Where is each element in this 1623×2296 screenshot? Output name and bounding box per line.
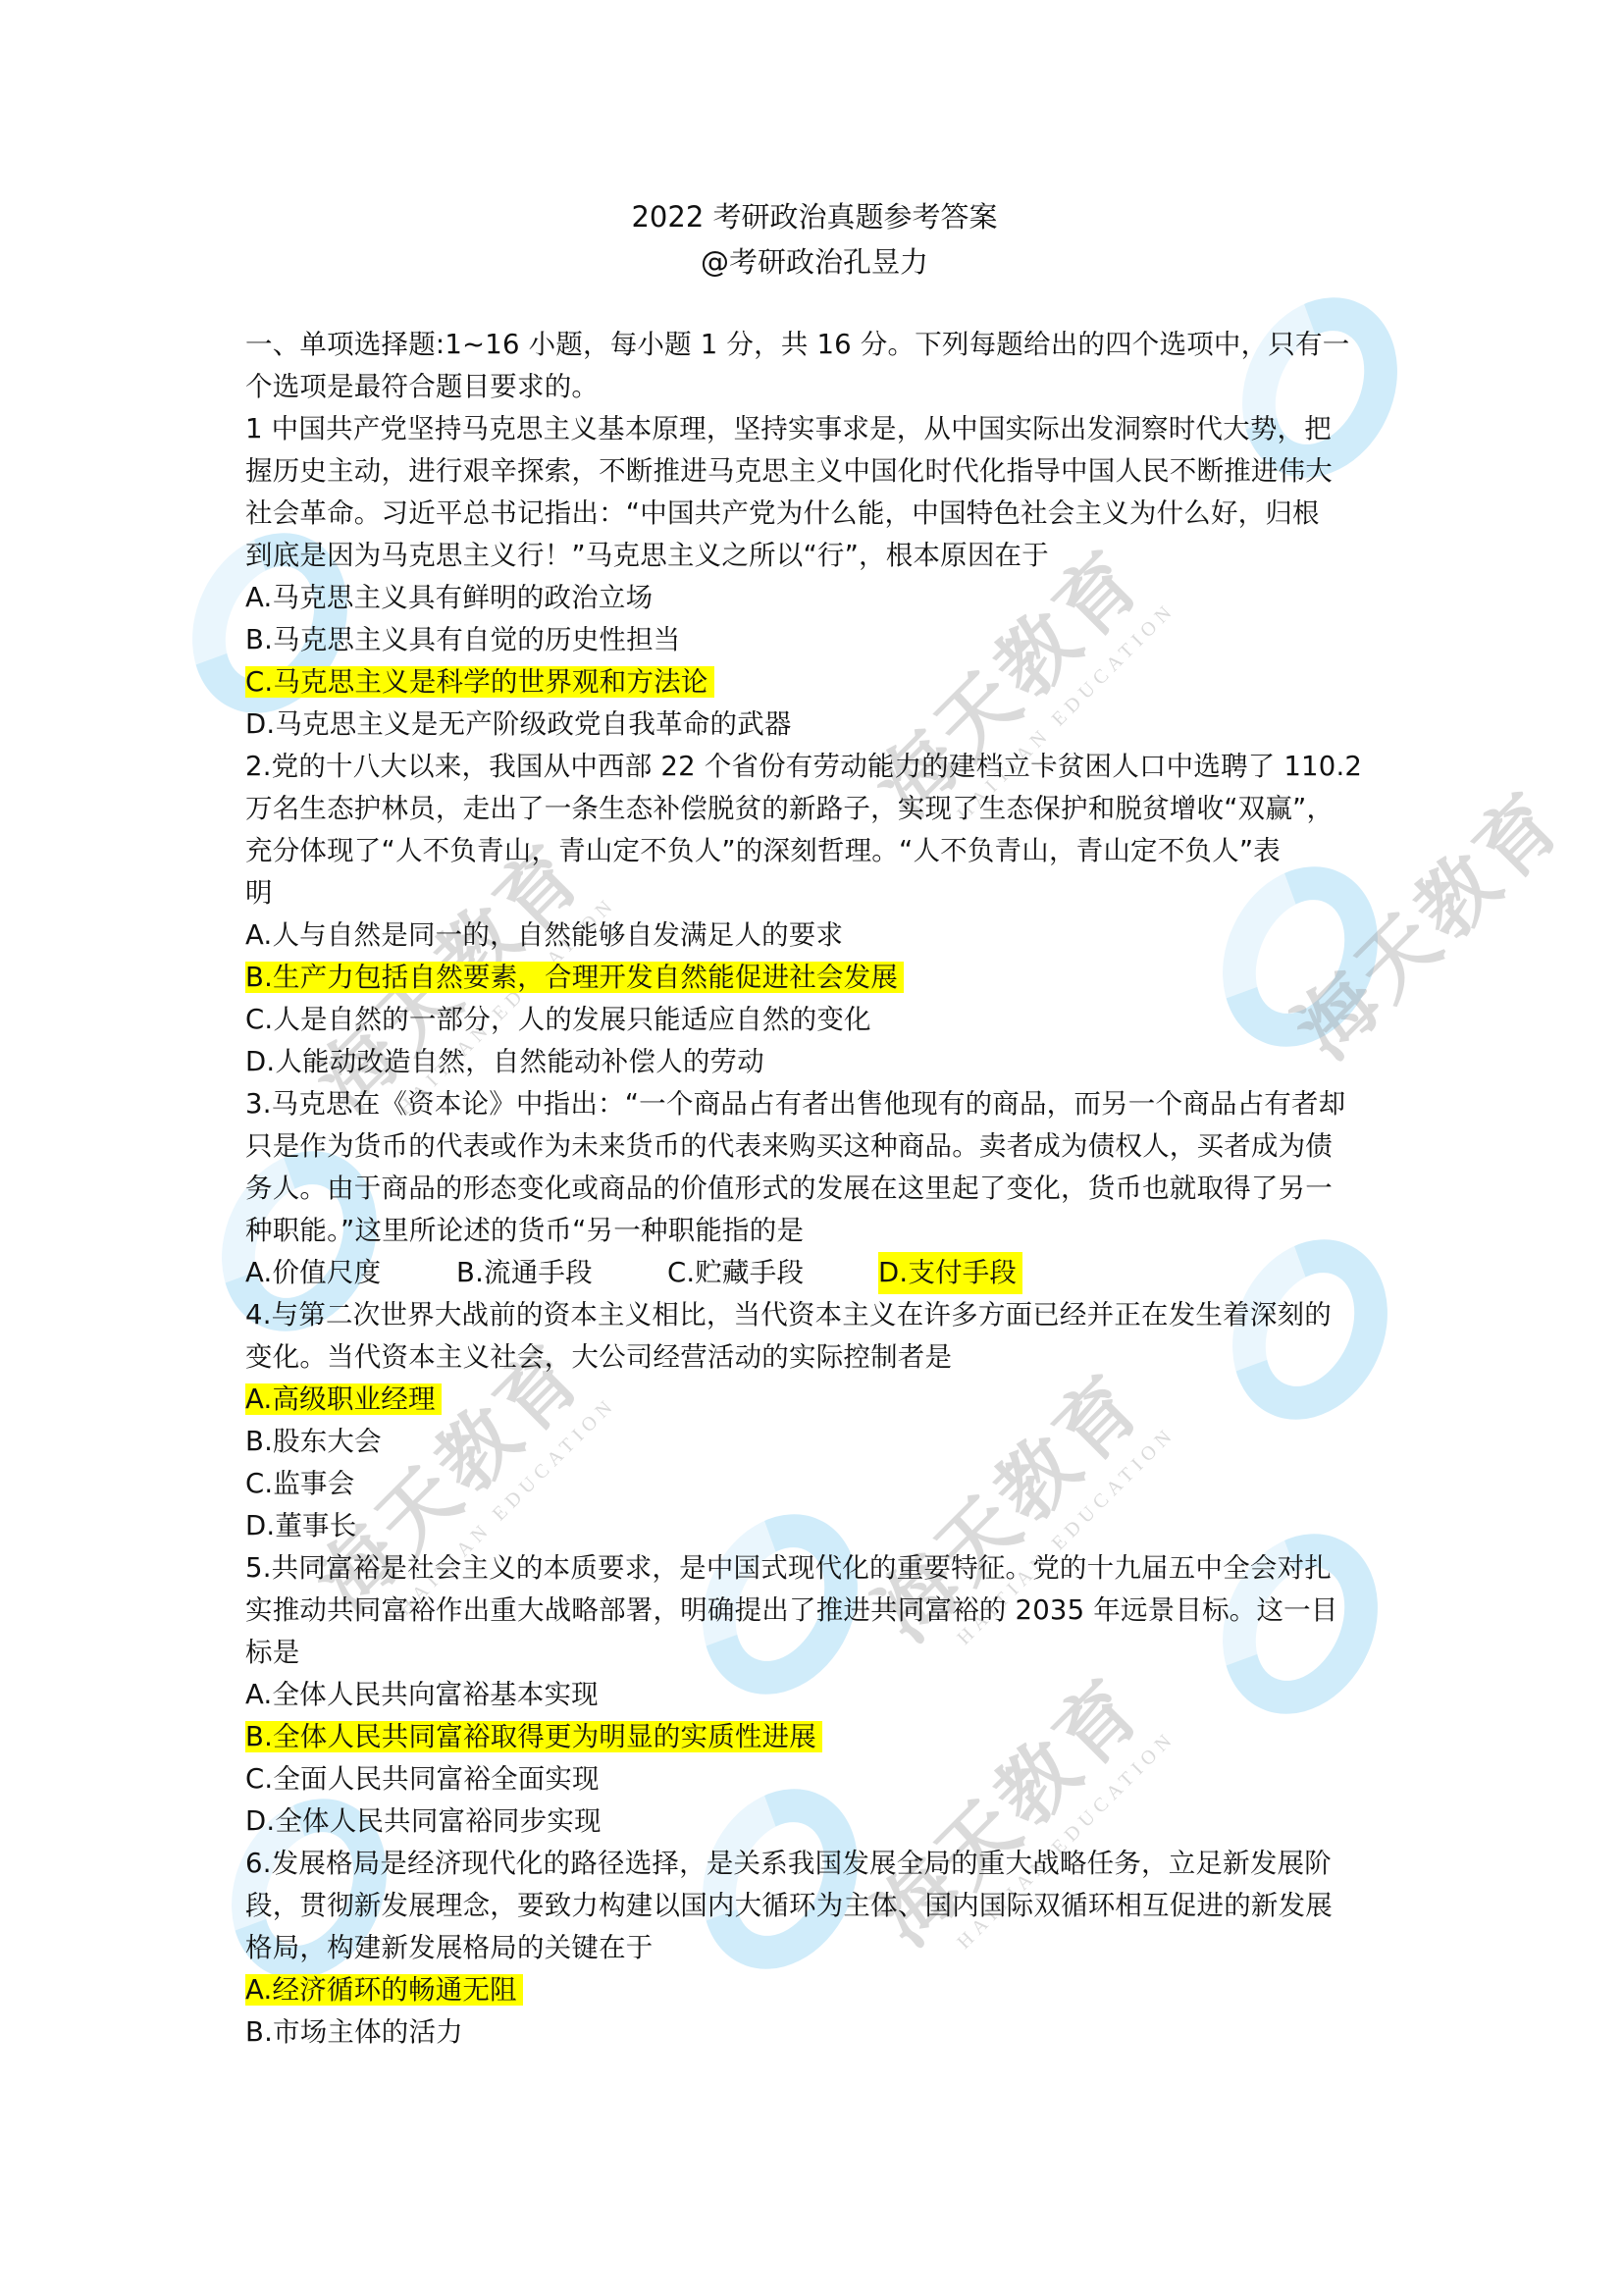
option-d: D.全体人民共同富裕同步实现 bbox=[245, 1800, 1384, 1843]
question-stem-line: 3.马克思在《资本论》中指出：“一个商品占有者出售他现有的商品，而另一个商品占有… bbox=[245, 1083, 1384, 1125]
option-c: C.贮藏手段 bbox=[667, 1252, 878, 1294]
question-stem-line: 到底是因为马克思主义行！”马克思主义之所以“行”，根本原因在于 bbox=[245, 535, 1384, 577]
option-b: B.马克思主义具有自觉的历史性担当 bbox=[245, 619, 1384, 661]
options-row: A.价值尺度 B.流通手段 C.贮藏手段 D.支付手段 bbox=[245, 1252, 1384, 1294]
question-stem-line: 5.共同富裕是社会主义的本质要求，是中国式现代化的重要特征。党的十九届五中全会对… bbox=[245, 1547, 1384, 1590]
question-stem-line: 社会革命。习近平总书记指出：“中国共产党为什么能，中国特色社会主义为什么好，归根 bbox=[245, 493, 1384, 535]
option-d: D.马克思主义是无产阶级政党自我革命的武器 bbox=[245, 704, 1384, 746]
question-stem-line: 充分体现了“人不负青山，青山定不负人”的深刻哲理。“人不负青山，青山定不负人”表 bbox=[245, 830, 1384, 872]
question-stem-line: 明 bbox=[245, 872, 1384, 914]
question-stem-line: 6.发展格局是经济现代化的路径选择，是关系我国发展全局的重大战略任务，立足新发展… bbox=[245, 1843, 1384, 1885]
question-stem-line: 握历史主动，进行艰辛探索，不断推进马克思主义中国化时代化指导中国人民不断推进伟大 bbox=[245, 450, 1384, 493]
question-stem-line: 万名生态护林员，走出了一条生态补偿脱贫的新路子，实现了生态保护和脱贫增收“双赢”… bbox=[245, 788, 1384, 830]
option-a-answer-highlighted: A.经济循环的畅通无阻 bbox=[245, 1969, 1384, 2011]
question-3: 3.马克思在《资本论》中指出：“一个商品占有者出售他现有的商品，而另一个商品占有… bbox=[245, 1083, 1384, 1294]
option-d: D.人能动改造自然，自然能动补偿人的劳动 bbox=[245, 1041, 1384, 1083]
option-c: C.人是自然的一部分，人的发展只能适应自然的变化 bbox=[245, 999, 1384, 1041]
question-stem-line: 实推动共同富裕作出重大战略部署，明确提出了推进共同富裕的 2035 年远景目标。… bbox=[245, 1590, 1384, 1632]
question-stem-line: 变化。当代资本主义社会，大公司经营活动的实际控制者是 bbox=[245, 1336, 1384, 1379]
option-d-answer-highlighted: D.支付手段 bbox=[878, 1252, 1022, 1294]
document-title: 2022 考研政治真题参考答案 bbox=[245, 196, 1384, 237]
option-a: A.人与自然是同一的，自然能够自发满足人的要求 bbox=[245, 914, 1384, 957]
option-b: B.股东大会 bbox=[245, 1421, 1384, 1463]
question-stem-line: 2.党的十八大以来，我国从中西部 22 个省份有劳动能力的建档立卡贫困人口中选聘… bbox=[245, 746, 1384, 788]
question-stem-line: 只是作为货币的代表或作为未来货币的代表来购买这种商品。卖者成为债权人，买者成为债 bbox=[245, 1125, 1384, 1168]
question-stem-line: 务人。由于商品的形态变化或商品的价值形式的发展在这里起了变化，货币也就取得了另一 bbox=[245, 1168, 1384, 1210]
question-stem-line: 格局，构建新发展格局的关键在于 bbox=[245, 1927, 1384, 1969]
document-body: 一、单项选择题:1~16 小题，每小题 1 分，共 16 分。下列每题给出的四个… bbox=[245, 324, 1384, 2054]
option-a: A.马克思主义具有鲜明的政治立场 bbox=[245, 577, 1384, 619]
title-block: 2022 考研政治真题参考答案 @考研政治孔昱力 bbox=[245, 196, 1384, 283]
question-stem-line: 种职能。”这里所论述的货币“另一种职能指的是 bbox=[245, 1210, 1384, 1252]
option-c: C.全面人民共同富裕全面实现 bbox=[245, 1758, 1384, 1800]
question-2: 2.党的十八大以来，我国从中西部 22 个省份有劳动能力的建档立卡贫困人口中选聘… bbox=[245, 746, 1384, 1083]
option-b-answer-highlighted: B.全体人民共同富裕取得更为明显的实质性进展 bbox=[245, 1716, 1384, 1758]
question-4: 4.与第二次世界大战前的资本主义相比，当代资本主义在许多方面已经并正在发生着深刻… bbox=[245, 1294, 1384, 1547]
question-stem-line: 段，贯彻新发展理念，要致力构建以国内大循环为主体、国内国际双循环相互促进的新发展 bbox=[245, 1885, 1384, 1927]
question-6: 6.发展格局是经济现代化的路径选择，是关系我国发展全局的重大战略任务，立足新发展… bbox=[245, 1843, 1384, 2054]
option-c: C.监事会 bbox=[245, 1463, 1384, 1505]
question-stem-line: 1 中国共产党坚持马克思主义基本原理，坚持实事求是，从中国实际出发洞察时代大势，… bbox=[245, 408, 1384, 450]
option-b-answer-highlighted: B.生产力包括自然要素，合理开发自然能促进社会发展 bbox=[245, 957, 1384, 999]
option-a-answer-highlighted: A.高级职业经理 bbox=[245, 1379, 1384, 1421]
question-stem-line: 标是 bbox=[245, 1632, 1384, 1674]
question-5: 5.共同富裕是社会主义的本质要求，是中国式现代化的重要特征。党的十九届五中全会对… bbox=[245, 1547, 1384, 1843]
document-author: @考研政治孔昱力 bbox=[245, 241, 1384, 283]
option-a: A.价值尺度 bbox=[245, 1252, 456, 1294]
question-stem-line: 4.与第二次世界大战前的资本主义相比，当代资本主义在许多方面已经并正在发生着深刻… bbox=[245, 1294, 1384, 1336]
option-c-answer-highlighted: C.马克思主义是科学的世界观和方法论 bbox=[245, 661, 1384, 704]
option-a: A.全体人民共向富裕基本实现 bbox=[245, 1674, 1384, 1716]
section-intro-line: 个选项是最符合题目要求的。 bbox=[245, 366, 1384, 408]
question-1: 1 中国共产党坚持马克思主义基本原理，坚持实事求是，从中国实际出发洞察时代大势，… bbox=[245, 408, 1384, 746]
option-b: B.市场主体的活力 bbox=[245, 2011, 1384, 2054]
section-intro-line: 一、单项选择题:1~16 小题，每小题 1 分，共 16 分。下列每题给出的四个… bbox=[245, 324, 1384, 366]
option-b: B.流通手段 bbox=[456, 1252, 667, 1294]
option-d: D.董事长 bbox=[245, 1505, 1384, 1547]
